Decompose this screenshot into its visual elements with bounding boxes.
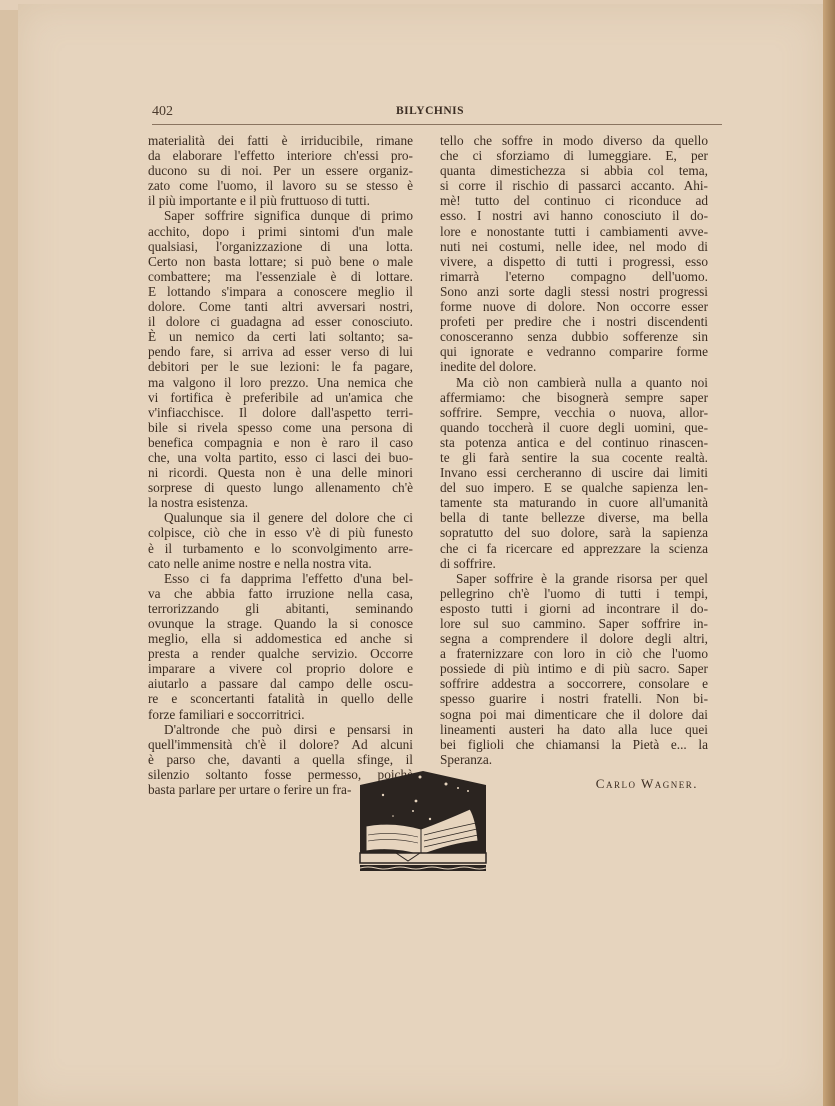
text-line: che ci sforziamo di lumeggiare. E, per xyxy=(440,148,708,163)
text-line: Saper soffrire significa dunque di primo xyxy=(148,208,413,223)
text-line: qualsiasi, l'organizzazione di una lotta… xyxy=(148,239,413,254)
text-line: inedite del dolore. xyxy=(440,359,708,374)
text-line: rimarrà l'eterno compagno dell'uomo. xyxy=(440,269,708,284)
open-book-under-starry-sky-icon xyxy=(358,771,488,875)
text-line: debitori per le sue lezioni: le fa pagar… xyxy=(148,359,413,374)
text-line: zato come l'uomo, il lavoro su se stesso… xyxy=(148,178,413,193)
text-line: a fraternizzare con loro in ciò che l'uo… xyxy=(440,646,708,661)
text-line: pellegrino ch'è l'uomo di tutti i tempi, xyxy=(440,586,708,601)
paragraph: Qualunque sia il genere del dolore che c… xyxy=(148,510,413,570)
text-line: che, una volta partito, esso ci lasci de… xyxy=(148,450,413,465)
paragraph: tello che soffre in modo diverso da quel… xyxy=(440,133,708,375)
text-line: pendo fare, si arriva ad esser verso di … xyxy=(148,344,413,359)
text-line: possiede di più intimo e di più sacro. S… xyxy=(440,661,708,676)
text-line: Certo non basta lottare; si può bene o m… xyxy=(148,254,413,269)
text-line: la nostra esistenza. xyxy=(148,495,413,510)
text-line: spesso guarire i nostri fratelli. Non bi… xyxy=(440,691,708,706)
text-line: vi fortifica è preferibile ad un'amica c… xyxy=(148,390,413,405)
text-line: Sono anzi sorte dagli stessi nostri prog… xyxy=(440,284,708,299)
text-line: conosceranno senza dubbio sofferenze sin xyxy=(440,329,708,344)
text-line: affermiamo: che bisognerà sempre saper xyxy=(440,390,708,405)
paragraph: Saper soffrire significa dunque di primo… xyxy=(148,208,413,510)
book-edge xyxy=(823,0,835,1106)
text-line: Esso ci fa dapprima l'effetto d'una bel- xyxy=(148,571,413,586)
text-line: il più importante e il più fruttuoso di … xyxy=(148,193,413,208)
text-line: v'infiacchisce. Il dolore dall'aspetto t… xyxy=(148,405,413,420)
text-line: E lottando s'impara a conoscere meglio i… xyxy=(148,284,413,299)
text-line: segna a comprendere il dolore degli altr… xyxy=(440,631,708,646)
text-line: il dolore ci guadagna ad esser conosciut… xyxy=(148,314,413,329)
text-line: lore e nonostante tutti i cambiamenti av… xyxy=(440,224,708,239)
text-line: sorprese di questo lungo allenamento ch'… xyxy=(148,480,413,495)
text-line: cato nelle anime nostre e nella nostra v… xyxy=(148,556,413,571)
text-line: terrorizzando gli abitanti, seminando xyxy=(148,601,413,616)
text-line: bella di tante bellezze diverse, ma bell… xyxy=(440,510,708,525)
text-line: bei figlioli che chiamansi la Pietà e...… xyxy=(440,737,708,752)
text-line: di soffrire. xyxy=(440,556,708,571)
text-line: ni ricordi. Questa non è una delle minor… xyxy=(148,465,413,480)
text-line: forme nuove di dolore. Non occorre esser xyxy=(440,299,708,314)
text-line: Saper soffrire è la grande risorsa per q… xyxy=(440,571,708,586)
text-line: combattere; ma l'essenziale è di lottare… xyxy=(148,269,413,284)
text-line: sopratutto del suo dolore, sarà la sapie… xyxy=(440,525,708,540)
left-column: materialità dei fatti è irriducibile, ri… xyxy=(148,133,413,797)
text-line: presta a render qualche servizio. Occorr… xyxy=(148,646,413,661)
text-line: imparare a vivere col proprio dolore e xyxy=(148,661,413,676)
text-line: si corre il rischio di passarci accanto.… xyxy=(440,178,708,193)
text-line: ovunque la strage. Quando la si conosce xyxy=(148,616,413,631)
page-number: 402 xyxy=(152,104,173,120)
text-line: soffrire. Sempre, vecchia o nuova, allor… xyxy=(440,405,708,420)
text-line: soffrire addestra a soccorrere, consolar… xyxy=(440,676,708,691)
text-line: profeti per predire che i nostri discend… xyxy=(440,314,708,329)
text-line: lineamenti austeri ha dato alla luce que… xyxy=(440,722,708,737)
text-line: da elaborare l'effetto interiore ch'essi… xyxy=(148,148,413,163)
text-line: ducono su di noi. Per un essere organiz- xyxy=(148,163,413,178)
text-line: quell'immensità ch'è il dolore? Ad alcun… xyxy=(148,737,413,752)
text-line: quando toccherà il cuore degli uomini, q… xyxy=(440,420,708,435)
right-column: tello che soffre in modo diverso da quel… xyxy=(440,133,708,791)
text-line: mè! tutto del continuo ci riconduce ad xyxy=(440,193,708,208)
text-line: aiutarlo a passare dal campo delle oscu- xyxy=(148,676,413,691)
text-line: quanta dimestichezza si abbia col tema, xyxy=(440,163,708,178)
text-line: bile si rivela spesso come una persona d… xyxy=(148,420,413,435)
text-line: forze familiari e soccorritrici. xyxy=(148,707,413,722)
header-rule xyxy=(152,124,722,125)
text-line: è il turbamento e lo sconvolgimento arre… xyxy=(148,541,413,556)
text-line: D'altronde che può dirsi e pensarsi in xyxy=(148,722,413,737)
paragraph: Esso ci fa dapprima l'effetto d'una bel-… xyxy=(148,571,413,722)
text-line: re e sconcertanti fatalità in quello del… xyxy=(148,691,413,706)
text-line: acchito, dopo i primi sintomi d'un male xyxy=(148,224,413,239)
paragraph: Ma ciò non cambierà nulla a quanto noiaf… xyxy=(440,375,708,571)
text-line: nuti nei costumi, nelle idee, nel modo d… xyxy=(440,239,708,254)
text-line: tello che soffre in modo diverso da quel… xyxy=(440,133,708,148)
text-line: esso. I nostri avi hanno conosciuto il d… xyxy=(440,208,708,223)
text-line: Ma ciò non cambierà nulla a quanto noi xyxy=(440,375,708,390)
text-line: Invano essi cercheranno di uscire dai li… xyxy=(440,465,708,480)
text-line: sta potenza antica e del continuo rinasc… xyxy=(440,435,708,450)
text-line: Qualunque sia il genere del dolore che c… xyxy=(148,510,413,525)
text-line: che ci fa ricercare ed apprezzare la sci… xyxy=(440,541,708,556)
text-line: esposto tutti i giorni ad incontrare il … xyxy=(440,601,708,616)
text-line: ma valgono il loro prezzo. Una nemica ch… xyxy=(148,375,413,390)
page-header: 402 BILYCHNIS xyxy=(152,104,697,124)
running-title: BILYCHNIS xyxy=(396,105,464,117)
paragraph: Saper soffrire è la grande risorsa per q… xyxy=(440,571,708,767)
scanned-page: 402 BILYCHNIS materialità dei fatti è ir… xyxy=(0,0,835,1106)
paragraph: materialità dei fatti è irriducibile, ri… xyxy=(148,133,413,208)
text-line: colpisce, ciò che in esso v'è di più fun… xyxy=(148,525,413,540)
text-line: vivere, a dispetto di tutti i progressi,… xyxy=(440,254,708,269)
text-line: te gli farà sentire la sua cocente realt… xyxy=(440,450,708,465)
text-line: del suo impero. E se qualche sapienza le… xyxy=(440,480,708,495)
text-line: benefica compagnia e non è raro il caso xyxy=(148,435,413,450)
text-line: va che abbia fatto irruzione nella casa, xyxy=(148,586,413,601)
text-line: Speranza. xyxy=(440,752,708,767)
text-line: lore sul suo cammino. Saper soffrire in- xyxy=(440,616,708,631)
text-line: meglio, ella si addomestica ed anche si xyxy=(148,631,413,646)
text-line: qui ignorate e vedranno comparire forme xyxy=(440,344,708,359)
text-line: sogna poi mai dimenticare che il dolore … xyxy=(440,707,708,722)
text-line: È un nemico da certi lati soltanto; sa- xyxy=(148,329,413,344)
text-line: materialità dei fatti è irriducibile, ri… xyxy=(148,133,413,148)
text-line: dolore. Come tanti altri avversari nostr… xyxy=(148,299,413,314)
text-line: tamente sta maturando in cuore all'umani… xyxy=(440,495,708,510)
text-line: è parso che, davanti a quella sfinge, il xyxy=(148,752,413,767)
